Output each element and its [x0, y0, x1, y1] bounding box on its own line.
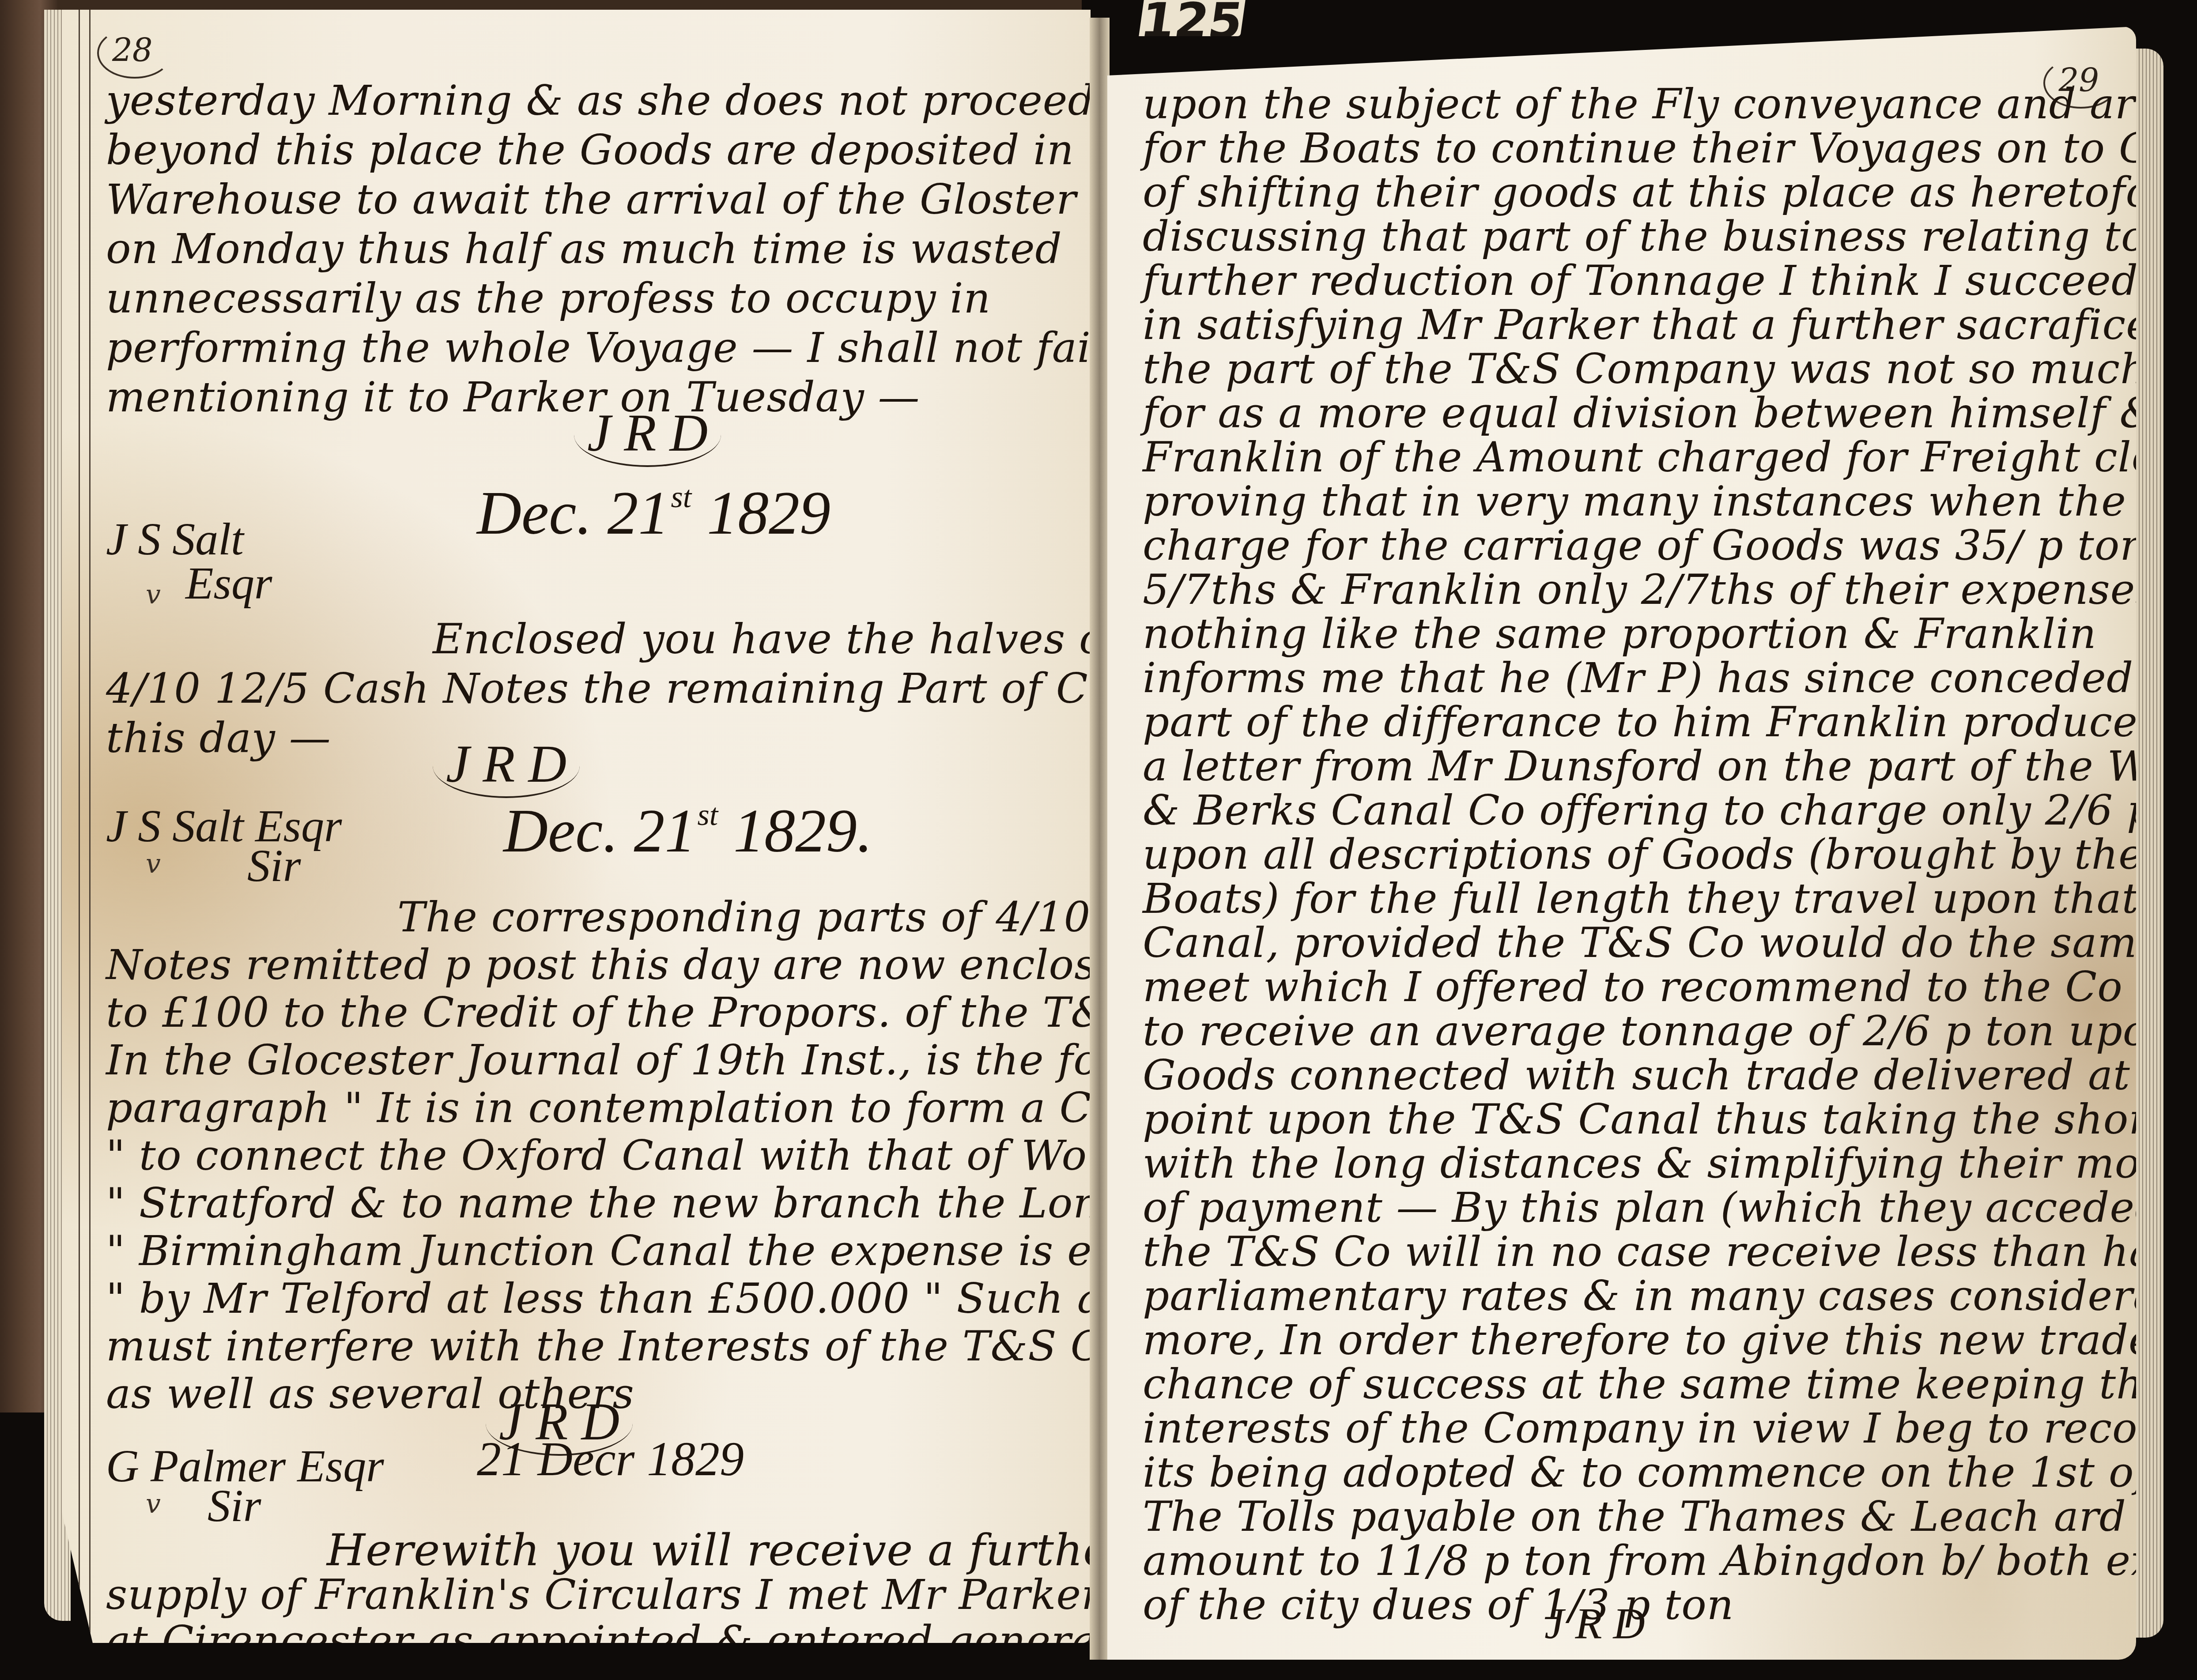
margin-tick: v: [146, 1488, 161, 1519]
right-page-edges: [2133, 49, 2163, 1638]
text-line: amount to 11/8 p ton from Abingdon b/ bo…: [1143, 1541, 2197, 1582]
text-line: interests of the Company in view I beg t…: [1143, 1408, 2197, 1450]
text-line: the part of the T&S Company was not so m…: [1143, 349, 2197, 390]
book-gutter: [1090, 18, 1110, 1660]
addressee: J S Salt Esqr: [106, 800, 342, 852]
text-line: Boats) for the full length they travel u…: [1143, 878, 2139, 920]
text-line: & Berks Canal Co offering to charge only…: [1143, 790, 2197, 832]
text-line: the T&S Co will in no case receive less …: [1143, 1232, 2197, 1273]
text-line: upon the subject of the Fly conveyance a…: [1143, 84, 2197, 125]
text-line: proving that in very many instances when…: [1143, 481, 2197, 523]
date-day: Dec. 21: [477, 479, 669, 547]
date-year: 1829: [707, 479, 830, 547]
text-line: of payment — By this plan (which they ac…: [1143, 1187, 2197, 1229]
text-line: Enclosed you have the halves of: [433, 619, 1120, 660]
text-line: on Monday thus half as much time is wast…: [106, 229, 1062, 270]
text-line: must interfere with the Interests of the…: [106, 1326, 1194, 1367]
text-line: for the Boats to continue their Voyages …: [1143, 128, 2197, 170]
text-line: more, In order therefore to give this ne…: [1143, 1320, 2197, 1361]
date-suffix: st: [671, 480, 691, 514]
page-number: 28: [97, 27, 172, 79]
signature-initials: J R D: [1531, 1598, 1658, 1650]
text-line: chance of success at the same time keepi…: [1143, 1364, 2168, 1405]
text-line: its being adopted & to commence on the 1…: [1143, 1452, 2197, 1494]
text-line: 4/10 12/5 Cash Notes the remaining Part …: [106, 668, 1189, 710]
text-line: discussing that part of the business rel…: [1143, 216, 2186, 258]
text-line: Herewith you will receive a further: [327, 1528, 1131, 1572]
text-line: at Cirencester as appointed & entered ge…: [106, 1621, 1148, 1662]
text-line: beyond this place the Goods are deposite…: [106, 130, 1157, 171]
date-year: 1829.: [733, 797, 872, 865]
text-line: nothing like the same proportion & Frank…: [1143, 614, 2097, 655]
text-line: Franklin of the Amount charged for Freig…: [1143, 437, 2197, 478]
text-line: yesterday Morning & as she does not proc…: [106, 80, 1095, 122]
margin-rule: [89, 10, 91, 1643]
signature-initials: J R D: [433, 734, 580, 798]
signature-initials: J R D: [574, 403, 721, 467]
text-line: parliamentary rates & in many cases cons…: [1143, 1276, 2197, 1317]
date-suffix: st: [697, 798, 718, 832]
margin-rule: [79, 10, 80, 1643]
text-line: paragraph " It is in contemplation to fo…: [106, 1088, 1183, 1129]
text-line: The Tolls payable on the Thames & Leach …: [1143, 1496, 2197, 1538]
text-line: point upon the T&S Canal thus taking the…: [1143, 1099, 2166, 1141]
text-line: supply of Franklin's Circulars I met Mr …: [106, 1575, 1102, 1616]
left-page: 28 yesterday Morning & as she does not p…: [62, 10, 1091, 1643]
text-line: 5/7ths & Franklin only 2/7ths of their e…: [1143, 569, 2197, 611]
volume-tab: 125: [1139, 0, 1246, 36]
text-line: Canal, provided the T&S Co would do the …: [1143, 923, 2197, 964]
text-line: in satisfying Mr Parker that a further s…: [1143, 305, 2197, 346]
text-line: Goods connected with such trade delivere…: [1143, 1055, 2197, 1096]
right-page: 29 upon the subject of the Fly conveyanc…: [1107, 26, 2136, 1660]
date-day: Dec. 21: [503, 797, 695, 865]
text-line: performing the whole Voyage — I shall no…: [106, 328, 1105, 369]
salutation: Sir: [208, 1480, 261, 1532]
text-line: unnecessarily as the profess to occupy i…: [106, 278, 991, 320]
text-line: this day —: [106, 718, 331, 759]
text-line: part of the differance to him Franklin p…: [1143, 702, 2165, 743]
text-line: with the long distances & simplifying th…: [1143, 1143, 2192, 1185]
text-line: meet which I offered to recommend to the…: [1143, 967, 2123, 1008]
salutation: Sir: [247, 840, 301, 892]
text-line: further reduction of Tonnage I think I s…: [1143, 260, 2190, 302]
margin-tick: v: [146, 848, 161, 879]
letter-date: Dec. 21st 1829.: [503, 795, 872, 866]
text-line: of shifting their goods at this place as…: [1143, 172, 2197, 214]
letter-date: Dec. 21st 1829: [477, 478, 830, 549]
text-line: to receive an average tonnage of 2/6 p t…: [1143, 1011, 2197, 1052]
text-line: for as a more equal division between him…: [1143, 393, 2157, 434]
text-line: informs me that he (Mr P) has since conc…: [1143, 658, 2197, 699]
text-line: charge for the carriage of Goods was 35/…: [1143, 525, 2197, 567]
margin-tick: v: [146, 579, 161, 610]
letter-date: 21 Decr 1829: [477, 1431, 744, 1487]
text-line: upon all descriptions of Goods (brought …: [1143, 834, 2197, 876]
text-line: In the Glocester Journal of 19th Inst., …: [106, 1040, 1256, 1081]
addressee-title: Esqr: [185, 557, 272, 610]
text-line: Warehouse to await the arrival of the Gl…: [106, 179, 1189, 221]
text-line: mentioning it to Parker on Tuesday —: [106, 377, 920, 418]
text-line: a letter from Mr Dunsford on the part of…: [1143, 746, 2197, 787]
text-line: " Stratford & to name the new branch the…: [106, 1183, 1231, 1224]
